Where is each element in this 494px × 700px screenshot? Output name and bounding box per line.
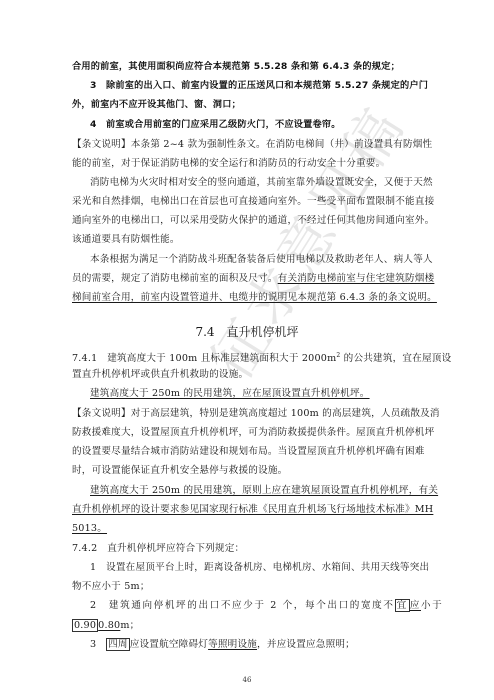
text-line: 该通道要具有防烟性能。 <box>72 234 434 246</box>
text-span: 应设置航空障碍灯 <box>130 639 208 650</box>
text-line: 物不应小于 5m； <box>72 581 434 593</box>
deleted-text-box: 四周 <box>106 638 130 651</box>
deleted-text-box: 宜 <box>395 599 410 612</box>
text-span: ，并应设置应急照明； <box>257 639 355 650</box>
paragraph-line: 消防电梯为火灾时相对安全的竖向通道，其前室靠外墙设置既安全，又便于天然 <box>90 177 434 189</box>
section-heading: 7.4 直升机停机坪 <box>0 323 494 340</box>
underlined-revision: 5013。 <box>72 523 434 535</box>
text-span: m； <box>120 620 139 631</box>
underlined-revision: 梯间前室合用，前室内设置管道井、电缆井的说明见本规范第 6.4.3 条的条文说明… <box>72 292 434 304</box>
text-line: 合用的前室，其使用面积尚应符合本规范第 5.5.28 条和第 6.4.3 条的规… <box>72 61 434 73</box>
list-item-1: 1 设置在屋顶平台上时，距离设备机房、电梯机房、水箱间、共用天线等突出 <box>90 562 434 574</box>
text-span: 的公共建筑，宜在屋顶设 <box>340 353 451 364</box>
clause-explanation: 【条文说明】本条第 2~4 款为强制性条文。在消防电梯间（井）前设置具有防烟性 <box>72 139 434 151</box>
inserted-text: 0.80 <box>98 620 120 631</box>
underlined-revision: 有关消防电梯前室与住宅建筑防烟楼 <box>278 273 435 284</box>
text-line: 能的前室，对于保证消防电梯的安全运行和消防员的行动安全十分重要。 <box>72 158 434 170</box>
underlined-revision: 建筑高度大于 250m 的民用建筑，应在屋顶设置直升机停机坪。 <box>90 388 434 400</box>
deleted-text-box: 0.90 <box>72 619 98 632</box>
list-item-3: 3 四周应设置航空障碍灯等照明设施，并应设置应急照明； <box>90 639 434 651</box>
underlined-revision: 直升机停机坪的设计要求参见国家现行标准《民用直升机场飞行场地技术标准》MH <box>72 504 434 516</box>
text-span: 2 建筑通向停机坪的出口不应少于 2 个，每个出口的宽度不 <box>90 600 395 611</box>
list-item-3: 3 除前室的出入口、前室内设置的正压送风口和本规范第 5.5.27 条规定的户门 <box>90 80 434 92</box>
paragraph-line: 本条根据为满足一个消防战斗班配备装备后使用电梯以及救助老年人、病人等人 <box>90 254 434 266</box>
clause-7-4-2: 7.4.2 直升机停机坪应符合下列规定： <box>72 543 434 555</box>
inserted-text: 等照明设施 <box>208 639 257 650</box>
text-line: 0.900.80m； <box>72 620 434 632</box>
text-line: 采光和自然排烟，电梯出口在首层也可直接通向室外。一些受平面布置限制不能直接 <box>72 196 434 208</box>
text-span: 7.4.1 建筑高度大于 100m 且标准层建筑面积大于 2000m <box>72 353 336 364</box>
text-line: 外，前室内不应开设其他门、窗、洞口； <box>72 99 434 111</box>
text-line: 员的需要，规定了消防电梯前室的面积及尺寸。有关消防电梯前室与住宅建筑防烟楼 <box>72 273 434 285</box>
text-line: 的设置要尽量结合城市消防站建设和规划布局。当设置屋顶直升机停机坪确有困难 <box>72 446 434 458</box>
underlined-revision: 建筑高度大于 250m 的民用建筑，原则上应在建筑屋顶设置直升机停机坪，有关 <box>90 485 434 497</box>
text-span: 员的需要，规定了消防电梯前室的面积及尺寸。 <box>72 273 278 284</box>
list-item-4: 4 前室或合用前室的门应采用乙级防火门，不应设置卷帘。 <box>90 119 434 131</box>
text-span: 3 <box>90 639 106 650</box>
text-line: 防救援难度大，设置屋顶直升机停机坪，可为消防救援提供条件。屋顶直升机停机坪 <box>72 427 434 439</box>
inserted-text: 应 <box>410 600 421 611</box>
text-line: 通向室外的电梯出口，可以采用受防火保护的通道，不经过任何其他房间通向室外。 <box>72 215 434 227</box>
document-page: 征求意见稿 合用的前室，其使用面积尚应符合本规范第 5.5.28 条和第 6.4… <box>0 0 494 700</box>
text-line: 置直升机停机坪或供直升机救助的设施。 <box>72 369 434 381</box>
page-number: 46 <box>0 676 494 684</box>
clause-explanation: 【条文说明】对于高层建筑，特别是建筑高度超过 100m 的高层建筑，人员疏散及消 <box>72 408 434 420</box>
list-item-2: 2 建筑通向停机坪的出口不应少于 2 个，每个出口的宽度不宜应小于 <box>90 600 434 612</box>
text-line: 时，可设置能保证直升机安全悬停与救援的设施。 <box>72 465 434 477</box>
clause-7-4-1: 7.4.1 建筑高度大于 100m 且标准层建筑面积大于 2000m2 的公共建… <box>72 350 434 365</box>
text-span: 小于 <box>421 600 443 611</box>
